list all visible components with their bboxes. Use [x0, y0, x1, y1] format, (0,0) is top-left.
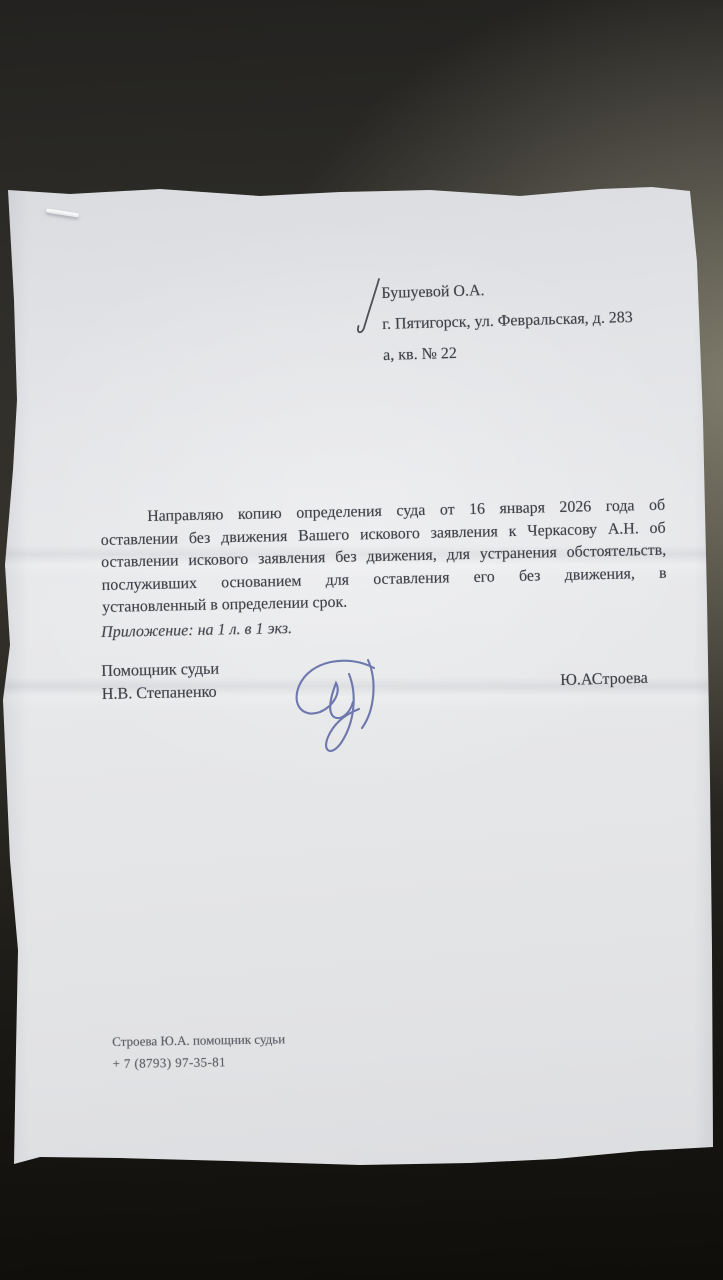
- document-paper: Бушуевой О.А. г. Пятигорск, ул. Февральс…: [0, 0, 723, 1280]
- attachment-line: Приложение: на 1 л. в 1 экз.: [101, 615, 521, 642]
- staple-mark: [46, 208, 79, 217]
- recipient-block: Бушуевой О.А. г. Пятигорск, ул. Февральс…: [381, 270, 661, 371]
- letter-body: Направляю копию определения суда от 16 я…: [100, 495, 667, 620]
- photo-background: Бушуевой О.А. г. Пятигорск, ул. Февральс…: [0, 0, 723, 1280]
- footer-contact-block: Строева Ю.А. помощник судьи + 7 (8793) 9…: [112, 1026, 443, 1075]
- footer-phone: + 7 (8793) 97-35-81: [112, 1048, 442, 1075]
- signer-name: Ю.АСтроева: [560, 667, 700, 690]
- recipient-address-line2: а, кв. № 22: [383, 332, 662, 371]
- signature-scribble: [278, 652, 390, 760]
